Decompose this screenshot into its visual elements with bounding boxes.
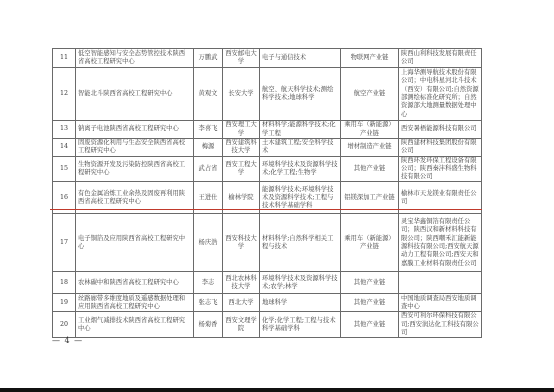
leader-name: 杨菊香 (194, 312, 223, 338)
document-page: 11 低空智能感知与安全态势管控技术陕西省高校工程研究中心 万鹏武 西安邮电大学… (0, 0, 554, 392)
partner-companies: 上海华测导航技术股份有限公司；中电科星河北斗技术（西安）有限公司;自然资源部测绘… (399, 68, 482, 121)
discipline-field: 航空、航天科学技术;测绘科学技术;地球科学 (260, 68, 341, 121)
industry-chain: 其他产业链 (341, 156, 399, 182)
table-row: 15 生物资源开发及污染防控陕西省高校工程研究中心 武占省 西安工程大学 环境科… (53, 156, 482, 182)
industry-chain: 乘用车（新能源）产业链 (341, 214, 399, 272)
discipline-field: 土木建筑工程;安全科学技术 (260, 139, 341, 157)
center-name: 钠离子电池陕西省高校工程研究中心 (76, 121, 194, 139)
center-name: 农林碳中和陕西省高校工程研究中心 (76, 272, 194, 294)
leader-name: 张志飞 (194, 294, 223, 312)
industry-chain: 航空产业链 (341, 68, 399, 121)
table-row: 14 固废资源化利用与生态安全陕西省高校工程研究中心 梅源 西安建筑科技大学 土… (53, 139, 482, 157)
industry-chain: 乘用车（新能源）产业链 (341, 121, 399, 139)
leader-name: 梅源 (194, 139, 223, 157)
leader-name: 黄观文 (194, 68, 223, 121)
partner-companies: 陕西建材科技集团股份有限公司 (399, 139, 482, 157)
center-name: 工业烟气减排技术陕西省高校工程研究中心 (76, 312, 194, 338)
partner-companies: 中国地质调查局西安地质调查中心 (399, 294, 482, 312)
discipline-field: 材料科学;能源科学技术;化学工程 (260, 121, 341, 139)
institution: 西安理工大学 (223, 121, 260, 139)
discipline-field: 环境科学技术及资源科学技术;农学;林学 (260, 272, 341, 294)
table-row: 17 电子铜箔及应用陕西省高校工程研究中心 杨庆浩 西安科技大学 材料科学;自然… (53, 214, 482, 272)
industry-chain: 其他产业链 (341, 272, 399, 294)
institution: 西安建筑科技大学 (223, 139, 260, 157)
row-number: 20 (53, 312, 76, 338)
center-name: 丝路廊带多维度地质及遥感数据处理和应用陕西省高校工程研究中心 (76, 294, 194, 312)
industry-chain: 物联网产业链 (341, 49, 399, 68)
table-row: 20 工业烟气减排技术陕西省高校工程研究中心 杨菊香 西安文理学院 化学;化学工… (53, 312, 482, 338)
table-row: 13 钠离子电池陕西省高校工程研究中心 李喜飞 西安理工大学 材料科学;能源科学… (53, 121, 482, 139)
industry-chain: 其他产业链 (341, 312, 399, 338)
bottom-edge (0, 388, 554, 392)
discipline-field: 材料科学;自然科学相关工程与技术 (260, 214, 341, 272)
institution: 西北农林科技大学 (223, 272, 260, 294)
center-name: 电子铜箔及应用陕西省高校工程研究中心 (76, 214, 194, 272)
institution: 西安文理学院 (223, 312, 260, 338)
table-row: 18 农林碳中和陕西省高校工程研究中心 李志 西北农林科技大学 环境科学技术及资… (53, 272, 482, 294)
center-name: 固废资源化利用与生态安全陕西省高校工程研究中心 (76, 139, 194, 157)
partner-companies: 陕西环发环保工程设备有限公司；陕西秦沣科盛生物科技有限公司 (399, 156, 482, 182)
institution: 西北大学 (223, 294, 260, 312)
table-row: 19 丝路廊带多维度地质及遥感数据处理和应用陕西省高校工程研究中心 张志飞 西北… (53, 294, 482, 312)
row-number: 15 (53, 156, 76, 182)
institution: 西安工程大学 (223, 156, 260, 182)
partner-companies: 西安暑梧能源科技有限公司 (399, 121, 482, 139)
industry-chain: 增材制造产业链 (341, 139, 399, 157)
table-row: 12 智能北斗陕西省高校工程研究中心 黄观文 长安大学 航空、航天科学技术;测绘… (53, 68, 482, 121)
institution: 西安邮电大学 (223, 49, 260, 68)
leader-name: 万鹏武 (194, 49, 223, 68)
leader-name: 李志 (194, 272, 223, 294)
discipline-field: 地球科学 (260, 294, 341, 312)
institution: 长安大学 (223, 68, 260, 121)
discipline-field: 环境科学技术及资源科学技术;化学工程;生物学 (260, 156, 341, 182)
center-name: 生物资源开发及污染防控陕西省高校工程研究中心 (76, 156, 194, 182)
engineering-center-table: 11 低空智能感知与安全态势管控技术陕西省高校工程研究中心 万鹏武 西安邮电大学… (52, 48, 482, 338)
partner-companies: 西安可利尔环保科技有限公司;西安润达化工科技有限公司 (399, 312, 482, 338)
red-separator-line (50, 209, 482, 210)
leader-name: 杨庆浩 (194, 214, 223, 272)
industry-chain: 其他产业链 (341, 294, 399, 312)
center-name: 低空智能感知与安全态势管控技术陕西省高校工程研究中心 (76, 49, 194, 68)
partner-companies (399, 272, 482, 294)
discipline-field: 电子与通信技术 (260, 49, 341, 68)
row-number: 18 (53, 272, 76, 294)
page-number: — 4 — (52, 336, 83, 345)
row-number: 11 (53, 49, 76, 68)
leader-name: 武占省 (194, 156, 223, 182)
partner-companies: 灵宝华鑫铜箔有限责任公司；陕西汉和新材料科技有限公司；陕西嘲禾汇能新能源科技有限… (399, 214, 482, 272)
table-row: 11 低空智能感知与安全态势管控技术陕西省高校工程研究中心 万鹏武 西安邮电大学… (53, 49, 482, 68)
row-number: 19 (53, 294, 76, 312)
row-number: 12 (53, 68, 76, 121)
institution: 西安科技大学 (223, 214, 260, 272)
leader-name: 李喜飞 (194, 121, 223, 139)
center-name: 智能北斗陕西省高校工程研究中心 (76, 68, 194, 121)
row-number: 17 (53, 214, 76, 272)
row-number: 14 (53, 139, 76, 157)
partner-companies: 陕西山利科技发展有限责任公司 (399, 49, 482, 68)
row-number: 13 (53, 121, 76, 139)
discipline-field: 化学;化学工程;工程与技术科学基础学科 (260, 312, 341, 338)
